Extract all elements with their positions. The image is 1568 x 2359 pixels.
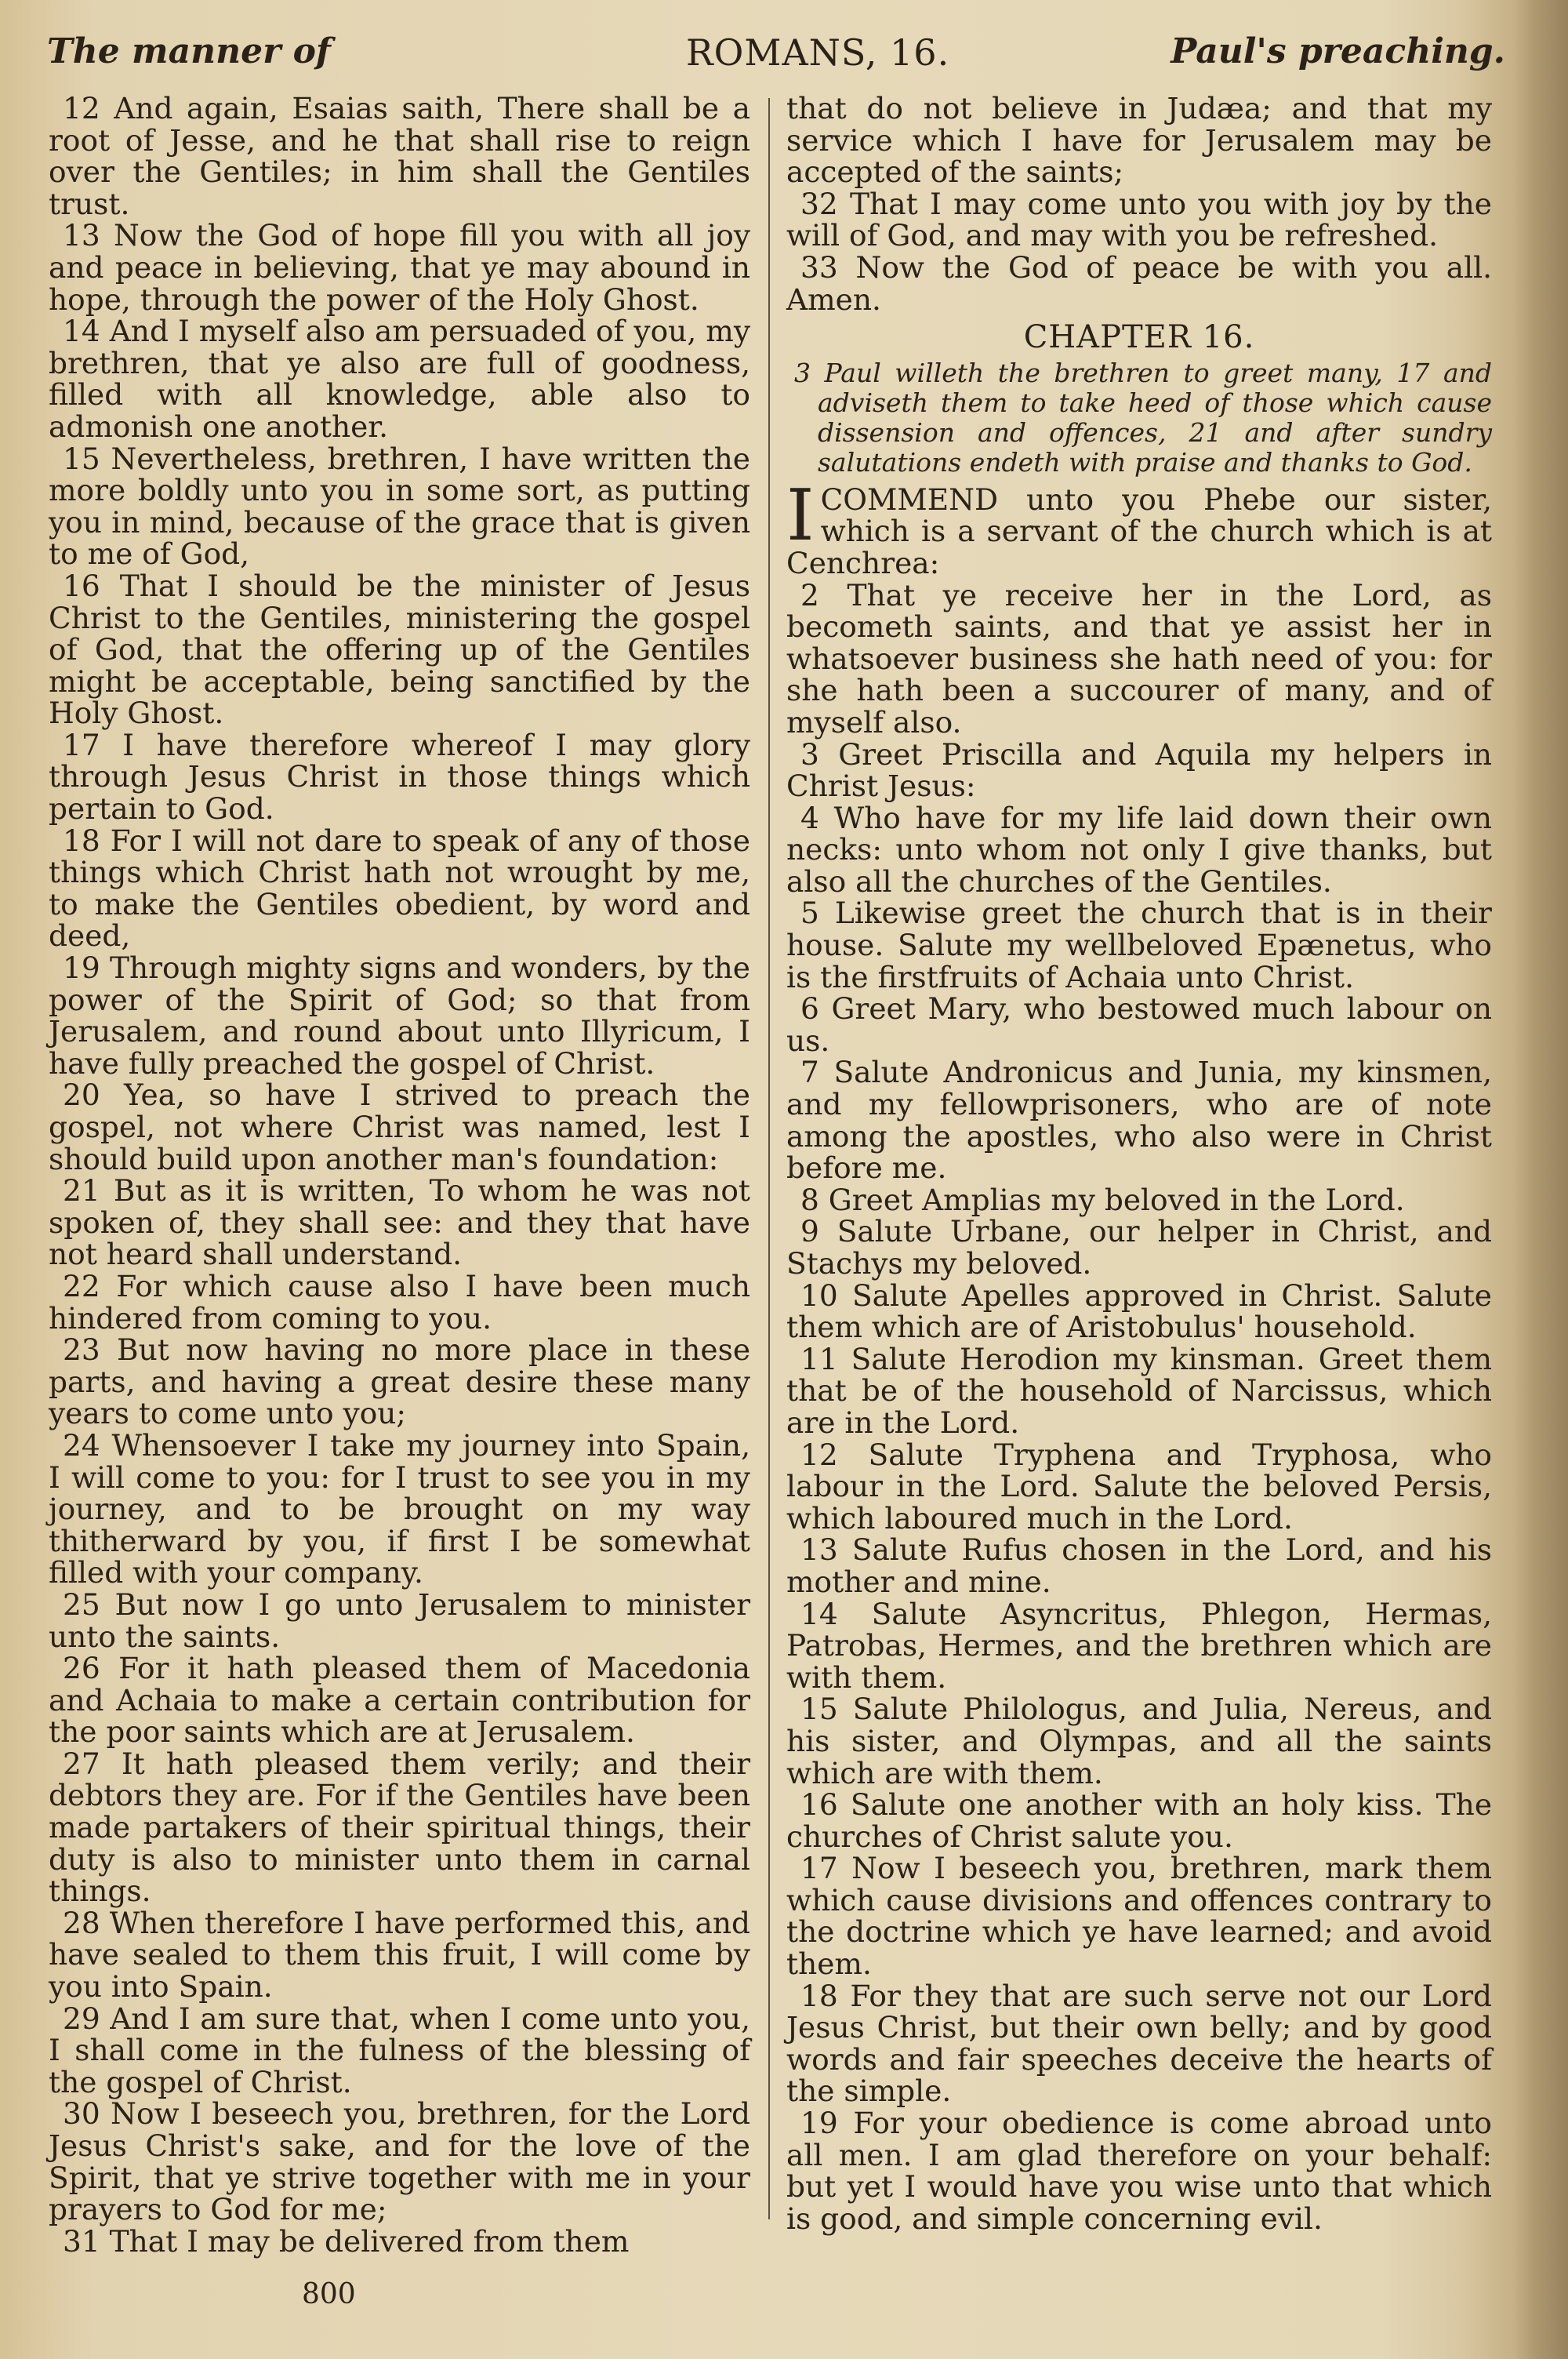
- verse-number: 5: [786, 896, 819, 930]
- header-book-chapter: ROMANS, 16.: [686, 31, 949, 74]
- verse-number: 30: [49, 2096, 100, 2131]
- verse-number: 18: [49, 823, 100, 858]
- verse: 12 And again, Esaias saith, There shall …: [49, 93, 750, 220]
- verse-text: that do not believe in Judæa; and that m…: [786, 91, 1492, 189]
- verse: 29 And I am sure that, when I come unto …: [49, 2003, 750, 2099]
- verse-number: 17: [786, 1851, 838, 1885]
- verse-number: 20: [49, 1078, 100, 1112]
- verse-number: 15: [786, 1692, 838, 1726]
- verse: 28 When therefore I have performed this,…: [49, 1907, 750, 2003]
- verse-number: 14: [49, 314, 100, 348]
- verse-text: Now the God of hope fill you with all jo…: [49, 218, 750, 316]
- verse-text: Who have for my life laid down their own…: [786, 801, 1492, 899]
- verse-number: 19: [786, 2106, 838, 2140]
- verse-text: Salute Andronicus and Junia, my kinsmen,…: [786, 1055, 1492, 1185]
- verse-text: Now the God of peace be with you all. Am…: [786, 250, 1492, 317]
- verse-number: 8: [786, 1183, 819, 1217]
- verse: 15 Nevertheless, brethren, I have writte…: [49, 443, 750, 570]
- verse: 31 That I may be delivered from them: [49, 2226, 750, 2258]
- verse-number: 25: [49, 1587, 100, 1622]
- verse: 9 Salute Urbane, our helper in Christ, a…: [786, 1216, 1492, 1279]
- verse: 19 For your obedience is come abroad unt…: [786, 2107, 1492, 2234]
- verse: 12 Salute Tryphena and Tryphosa, who lab…: [786, 1439, 1492, 1535]
- verse-text: That I may be delivered from them: [110, 2224, 630, 2259]
- verse-number: 24: [49, 1428, 100, 1463]
- verse: 21 But as it is written, To whom he was …: [49, 1175, 750, 1270]
- verse-number: 13: [49, 218, 100, 253]
- verse-text: Salute Herodion my kinsman. Greet them t…: [786, 1342, 1492, 1440]
- verse-number: 16: [49, 569, 100, 603]
- verse-text: That I should be the minister of Jesus C…: [49, 569, 750, 730]
- verse-text: And I am sure that, when I come unto you…: [49, 2001, 750, 2099]
- verse-text: Salute Apelles approved in Christ. Salut…: [786, 1278, 1492, 1345]
- verse-number: 23: [49, 1332, 100, 1367]
- verse-text: For your obedience is come abroad unto a…: [786, 2106, 1492, 2236]
- verse: 13 Salute Rufus chosen in the Lord, and …: [786, 1534, 1492, 1598]
- chapter-summary: 3 Paul willeth the brethren to greet man…: [786, 358, 1492, 478]
- verse-text: And I myself also am persuaded of you, m…: [49, 314, 750, 444]
- verse: 3 Greet Priscilla and Aquila my helpers …: [786, 739, 1492, 802]
- verse-text: Greet Mary, who bestowed much labour on …: [786, 991, 1492, 1058]
- verse-number: 4: [786, 801, 819, 835]
- verse-number: 11: [786, 1342, 838, 1376]
- verse-text: Likewise greet the church that is in the…: [786, 896, 1492, 994]
- verse-text: I have therefore whereof I may glory thr…: [49, 728, 750, 826]
- verse-number: 32: [786, 187, 838, 221]
- verse-number: 10: [786, 1278, 838, 1313]
- verse: that do not believe in Judæa; and that m…: [786, 93, 1492, 188]
- verse: 16 That I should be the minister of Jesu…: [49, 570, 750, 729]
- verse: 22 For which cause also I have been much…: [49, 1270, 750, 1334]
- verse-number: 21: [49, 1173, 100, 1208]
- verse-number: 12: [49, 91, 100, 125]
- verse: 27 It hath pleased them verily; and thei…: [49, 1748, 750, 1907]
- verse: 25 But now I go unto Jerusalem to minist…: [49, 1589, 750, 1652]
- verse-text: Salute Tryphena and Tryphosa, who labour…: [786, 1438, 1492, 1536]
- verse-text: When therefore I have performed this, an…: [49, 1906, 750, 2004]
- verse: 8 Greet Amplias my beloved in the Lord.: [786, 1184, 1492, 1216]
- verse-text: Salute Philologus, and Julia, Nereus, an…: [786, 1692, 1492, 1790]
- verse-text: Now I beseech you, brethren, for the Lor…: [49, 2096, 750, 2226]
- verse-text: Through mighty signs and wonders, by the…: [49, 951, 750, 1081]
- verse: 17 Now I beseech you, brethren, mark the…: [786, 1852, 1492, 1979]
- verse-number: 14: [786, 1597, 838, 1631]
- verse-number: 17: [49, 728, 100, 762]
- verse: 10 Salute Apelles approved in Christ. Sa…: [786, 1280, 1492, 1343]
- verse: 6 Greet Mary, who bestowed much labour o…: [786, 993, 1492, 1056]
- verse-text: Yea, so have I strived to preach the gos…: [49, 1078, 750, 1176]
- verse-text: Salute one another with an holy kiss. Th…: [786, 1787, 1492, 1854]
- header-right: Paul's preaching.: [1171, 31, 1505, 71]
- verse: 30 Now I beseech you, brethren, for the …: [49, 2098, 750, 2225]
- verse: 14 Salute Asyncritus, Phlegon, Hermas, P…: [786, 1598, 1492, 1694]
- verse-number: 13: [786, 1532, 838, 1567]
- verse: 18 For they that are such serve not our …: [786, 1980, 1492, 2107]
- verse-text: That ye receive her in the Lord, as beco…: [786, 578, 1492, 740]
- verse: 19 Through mighty signs and wonders, by …: [49, 952, 750, 1079]
- verse-number: 9: [786, 1214, 819, 1249]
- verse-number: 31: [49, 2224, 100, 2259]
- verse-number: 3: [786, 737, 819, 772]
- verse-text: For which cause also I have been much hi…: [49, 1269, 750, 1336]
- verse-text: It hath pleased them verily; and their d…: [49, 1747, 750, 1908]
- verse-number: 26: [49, 1651, 100, 1685]
- chapter-heading: CHAPTER 16.: [786, 322, 1492, 354]
- verse-number: 18: [786, 1979, 838, 2013]
- verse-text: COMMEND unto you Phebe our sister, which…: [786, 482, 1492, 580]
- verse: 17 I have therefore whereof I may glory …: [49, 729, 750, 825]
- verse: 24 Whensoever I take my journey into Spa…: [49, 1430, 750, 1589]
- verse-number: 22: [49, 1269, 100, 1303]
- right-column-verses-top: that do not believe in Judæa; and that m…: [786, 93, 1492, 315]
- verse: 16 Salute one another with an holy kiss.…: [786, 1789, 1492, 1852]
- verse-number: 28: [49, 1906, 100, 1940]
- verse: 33 Now the God of peace be with you all.…: [786, 252, 1492, 315]
- verse: 15 Salute Philologus, and Julia, Nereus,…: [786, 1693, 1492, 1789]
- right-column: that do not believe in Judæa; and that m…: [786, 93, 1492, 2234]
- page-edge-shadow: [1513, 0, 1568, 2359]
- bible-page: The manner of ROMANS, 16. Paul's preachi…: [0, 0, 1568, 2359]
- verse-number: 29: [49, 2001, 100, 2036]
- verse-number: 15: [49, 442, 100, 476]
- verse-text: For I will not dare to speak of any of t…: [49, 823, 750, 954]
- drop-cap: I: [786, 485, 815, 547]
- left-column: 12 And again, Esaias saith, There shall …: [49, 93, 750, 2257]
- right-column-verses: 2 That ye receive her in the Lord, as be…: [786, 580, 1492, 2235]
- verse-text: Now I beseech you, brethren, mark them w…: [786, 1851, 1492, 1981]
- verse-text: For they that are such serve not our Lor…: [786, 1979, 1492, 2109]
- verse: 7 Salute Andronicus and Junia, my kinsme…: [786, 1056, 1492, 1183]
- verse-number: 33: [786, 250, 838, 285]
- verse-number: 6: [786, 991, 819, 1026]
- verse: 18 For I will not dare to speak of any o…: [49, 825, 750, 952]
- verse-text: Greet Priscilla and Aquila my helpers in…: [786, 737, 1492, 804]
- verse-number: 16: [786, 1787, 838, 1822]
- verse-text: But now having no more place in these pa…: [49, 1332, 750, 1430]
- verse-number: 19: [49, 951, 100, 985]
- verse: 11 Salute Herodion my kinsman. Greet the…: [786, 1343, 1492, 1439]
- running-header: The manner of ROMANS, 16. Paul's preachi…: [47, 31, 1505, 86]
- verse: 2 That ye receive her in the Lord, as be…: [786, 580, 1492, 739]
- verse-text: That I may come unto you with joy by the…: [786, 187, 1492, 253]
- header-left: The manner of: [47, 31, 331, 71]
- verse-1: I COMMEND unto you Phebe our sister, whi…: [786, 484, 1492, 580]
- verse-text: Salute Urbane, our helper in Christ, and…: [786, 1214, 1492, 1281]
- verse: 13 Now the God of hope fill you with all…: [49, 220, 750, 315]
- verse: 4 Who have for my life laid down their o…: [786, 802, 1492, 898]
- verse: 5 Likewise greet the church that is in t…: [786, 897, 1492, 993]
- verse-text: For it hath pleased them of Macedonia an…: [49, 1651, 750, 1749]
- verse-text: And again, Esaias saith, There shall be …: [49, 91, 750, 221]
- verse-number: 27: [49, 1747, 100, 1781]
- verse-number: 7: [786, 1055, 819, 1089]
- verse: 32 That I may come unto you with joy by …: [786, 188, 1492, 252]
- verse-text: Whensoever I take my journey into Spain,…: [49, 1428, 750, 1590]
- verse: 26 For it hath pleased them of Macedonia…: [49, 1652, 750, 1748]
- verse-number: 2: [786, 578, 819, 612]
- page-number: 800: [302, 2278, 356, 2310]
- column-divider: [768, 98, 770, 2219]
- verse-text: Nevertheless, brethren, I have written t…: [49, 442, 750, 572]
- verse-text: Greet Amplias my beloved in the Lord.: [829, 1183, 1405, 1217]
- verse-text: Salute Asyncritus, Phlegon, Hermas, Patr…: [786, 1597, 1492, 1695]
- verse-number: 12: [786, 1438, 838, 1472]
- verse-text: But now I go unto Jerusalem to minister …: [49, 1587, 750, 1654]
- verse: 14 And I myself also am persuaded of you…: [49, 315, 750, 442]
- verse-text: But as it is written, To whom he was not…: [49, 1173, 750, 1271]
- verse: 23 But now having no more place in these…: [49, 1334, 750, 1430]
- verse: 20 Yea, so have I strived to preach the …: [49, 1079, 750, 1175]
- verse-text: Salute Rufus chosen in the Lord, and his…: [786, 1532, 1492, 1599]
